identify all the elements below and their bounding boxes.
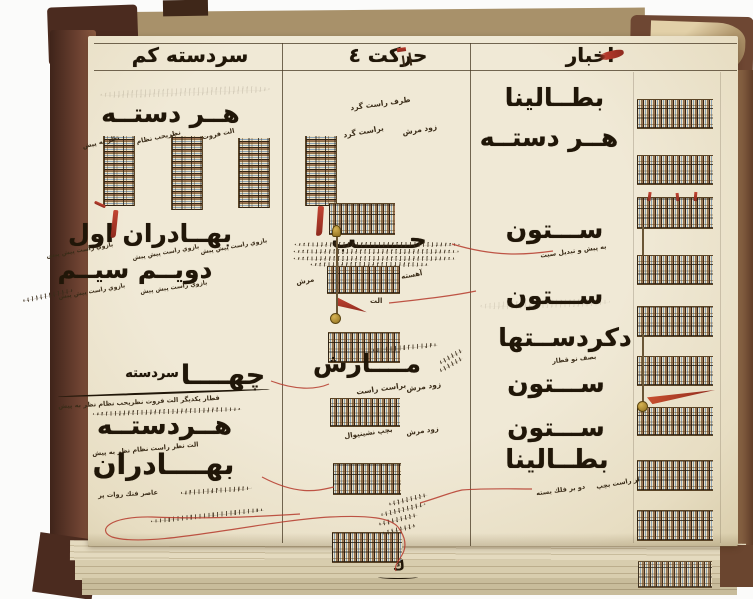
right-word-sotun-1: ســـتون <box>472 216 637 244</box>
troop-band <box>637 255 713 285</box>
standard-pole <box>642 334 644 404</box>
standard-pole <box>336 230 338 316</box>
right-column-header: اخبار <box>530 44 650 66</box>
right-word-batalin-bottom: بطــالينا <box>476 446 638 475</box>
left-column-header: سردسته كم <box>105 44 275 66</box>
right-word-dakrdasteha: دكردســتها <box>486 324 644 352</box>
right-word-batalin-top: بطــالينا <box>482 84 627 112</box>
column-divider-left <box>282 43 283 543</box>
manuscript-photo: سردسته كم حركت ٤ اخبار هــر دستــه نظر ب… <box>0 0 753 599</box>
standard-pole <box>642 227 644 255</box>
middle-flag-label: الت <box>370 297 382 305</box>
troop-column <box>305 136 337 206</box>
middle-word-marsh: مــــارش <box>292 350 442 378</box>
left-line-hardaste-2: هــردستــه <box>52 412 277 441</box>
troop-band <box>637 356 713 386</box>
troop-band <box>638 561 712 588</box>
left-line-chaha-big: چهــــا <box>168 361 278 391</box>
right-word-sotun-3: ســـتون <box>472 370 640 398</box>
right-word-har-daste: هــر دستــه <box>473 124 625 152</box>
troop-band <box>637 306 713 337</box>
right-word-sotun-4: ســـتون <box>472 414 640 442</box>
troop-column <box>103 136 135 206</box>
right-margin-faint-rule <box>720 72 721 543</box>
standard-finial-ball <box>330 313 341 324</box>
troop-band <box>330 398 400 427</box>
troop-column <box>171 136 203 210</box>
left-line-dovvom-sevvom: دويــم سيــم <box>26 256 244 284</box>
troop-band <box>637 155 713 185</box>
top-edge-notch <box>163 0 208 16</box>
troop-column <box>238 138 270 208</box>
troop-band <box>637 407 713 436</box>
micro-text-line <box>294 242 460 247</box>
standard-finial-ball <box>637 401 648 412</box>
left-line-bahadoran-2: بهــــادران <box>46 450 281 481</box>
bottom-right-cover-tip <box>720 545 753 587</box>
standard-finial <box>332 225 341 237</box>
troop-band <box>637 197 713 229</box>
header-soldier-figures-icon <box>397 45 418 69</box>
header-bottom-rule <box>94 70 737 71</box>
troop-band <box>332 532 402 563</box>
troop-band <box>637 99 713 129</box>
left-title-har-daste: هــر دستــه <box>68 100 273 128</box>
flourish-swash <box>378 575 418 579</box>
micro-text-line <box>293 249 460 254</box>
middle-column-header: حركت ٤ <box>318 44 458 66</box>
troop-band <box>637 460 713 491</box>
column-divider-right <box>470 43 471 546</box>
micro-text-line <box>310 262 430 267</box>
troop-band <box>333 463 401 495</box>
troop-band <box>637 510 713 541</box>
micro-text-line <box>293 256 457 261</box>
